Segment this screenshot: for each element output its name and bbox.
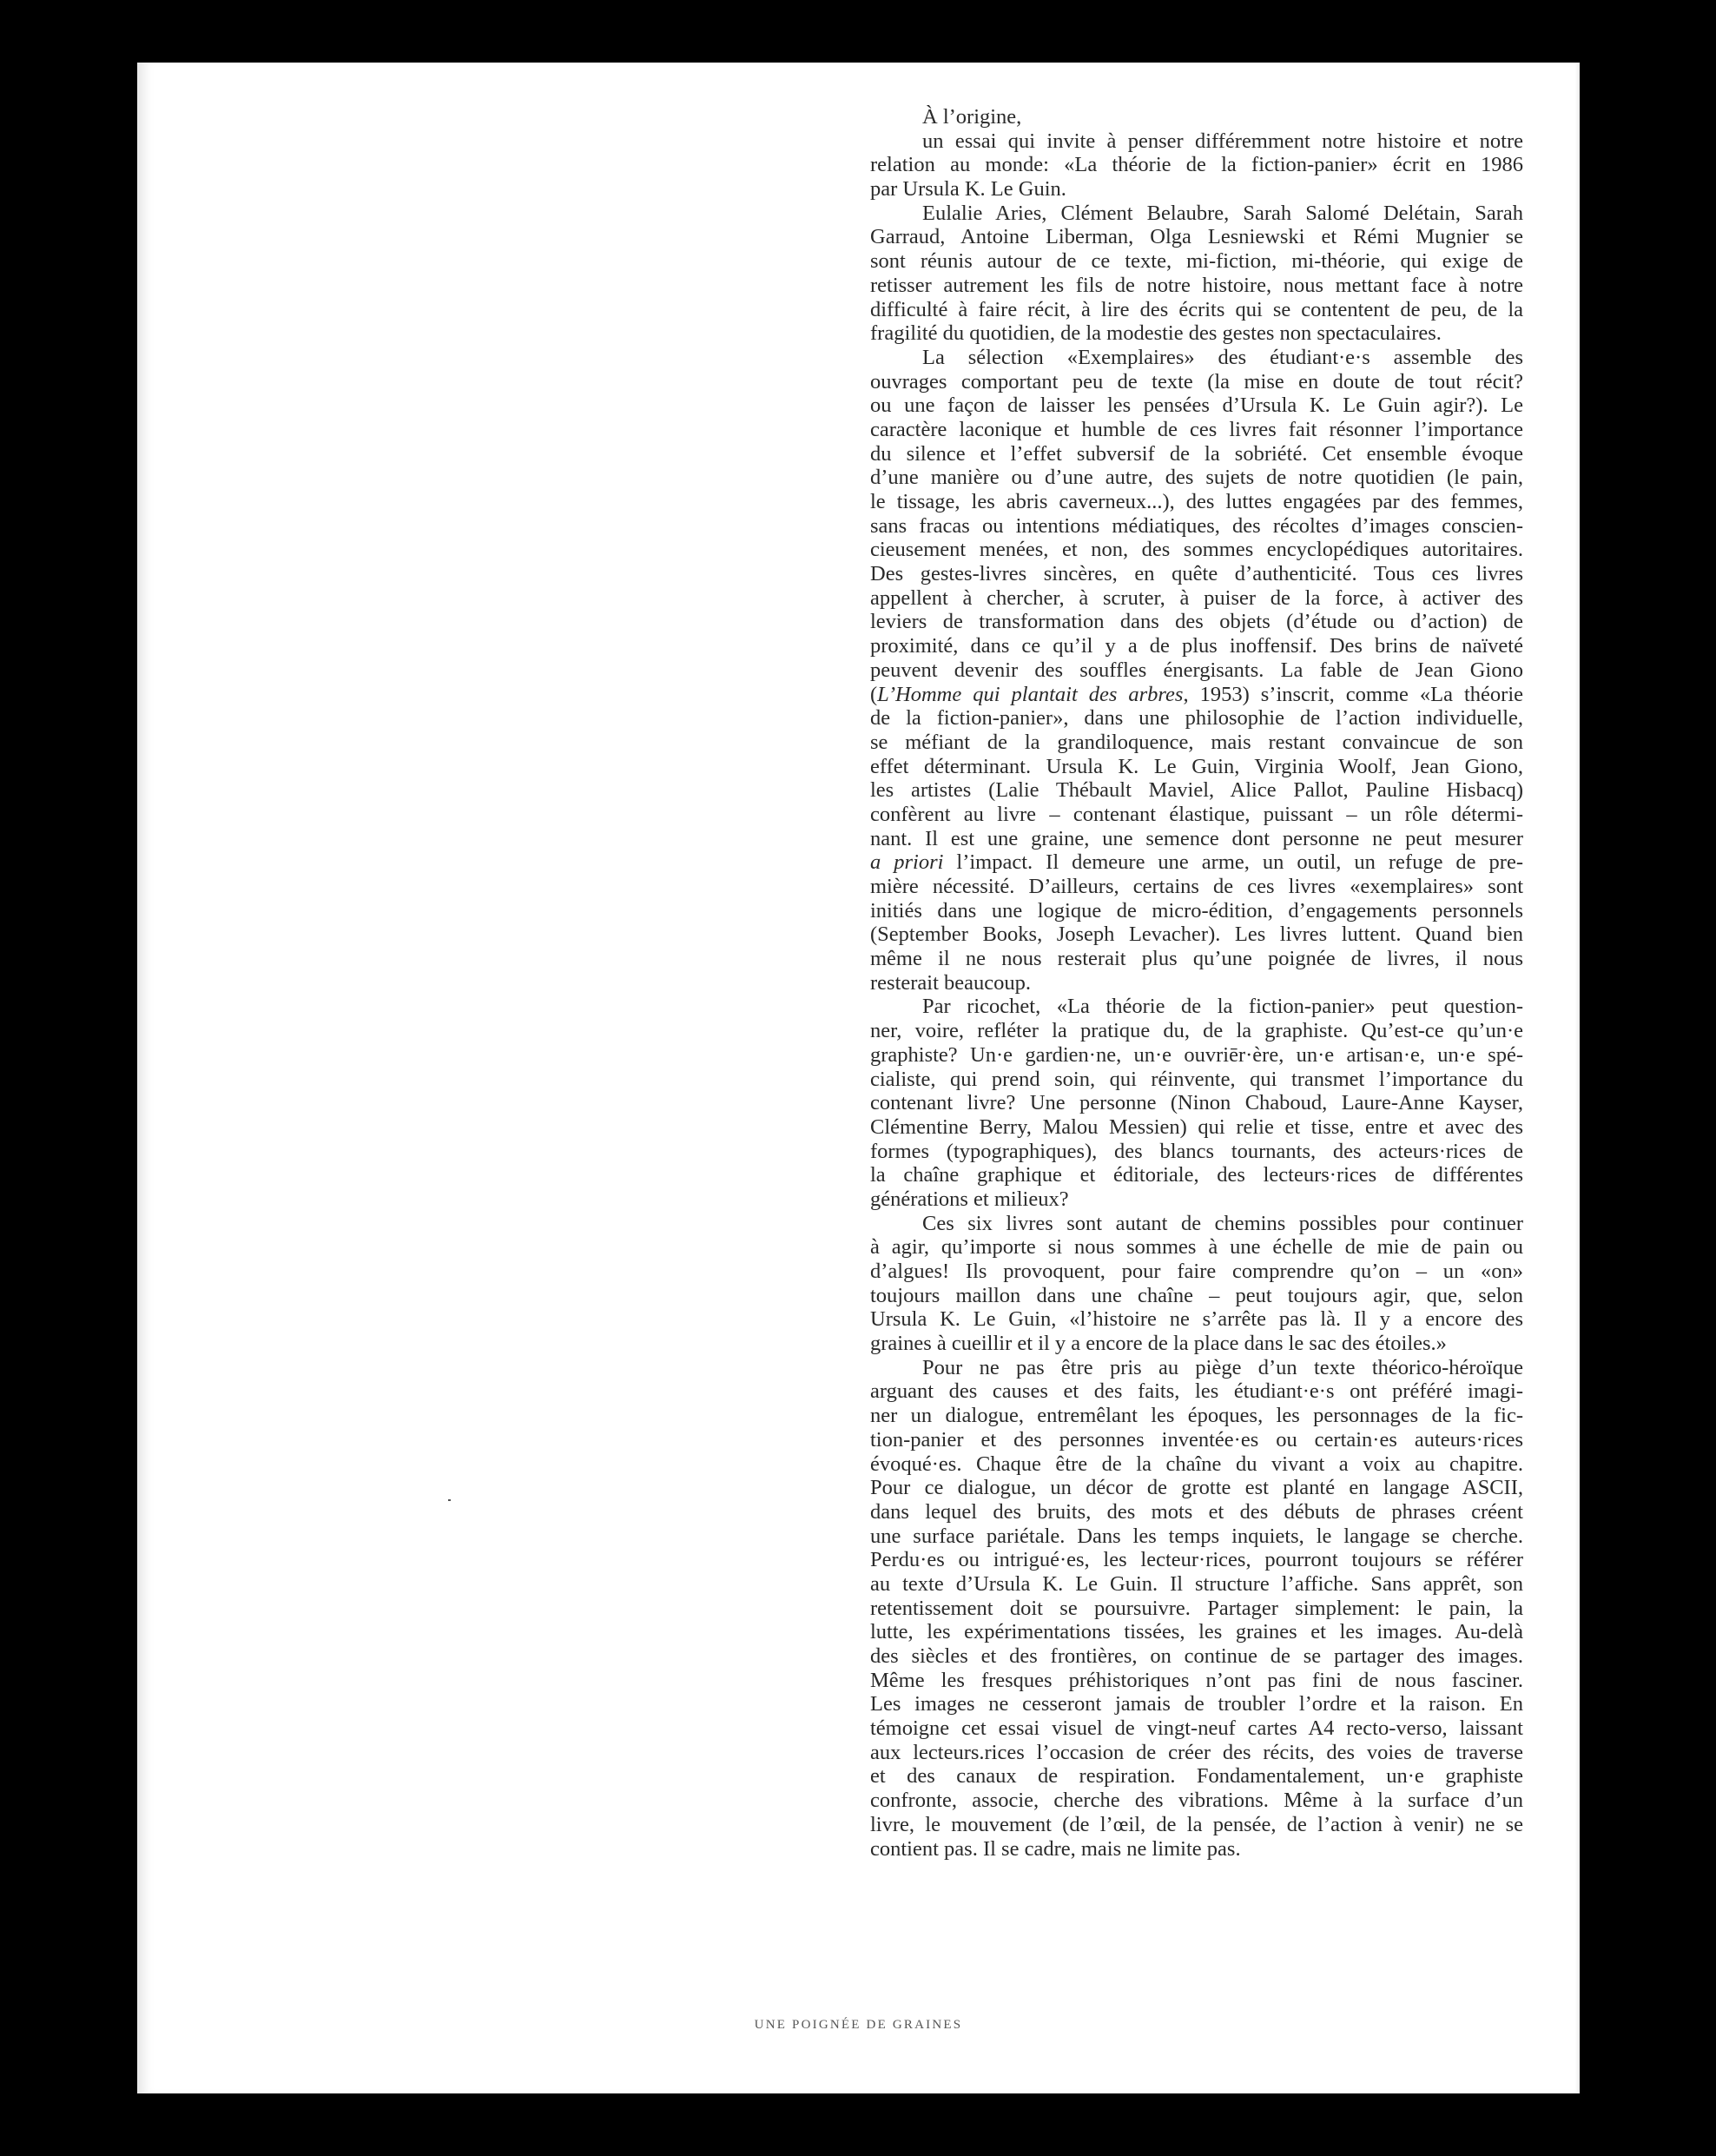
text-segment: Perdu·es ou intrigué·es, les lecteur·ric… (870, 1548, 1523, 1571)
text-segment: retentissement doit se poursuivre. Parta… (870, 1597, 1523, 1620)
text-line: confèrent au livre – contenant élastique… (870, 803, 1523, 827)
text-line: des siècles et des frontières, on contin… (870, 1644, 1523, 1669)
text-line: sans fracas ou intentions médiatiques, d… (870, 514, 1523, 539)
text-segment: caractère laconique et humble de ces liv… (870, 418, 1523, 441)
text-segment: au texte d’Ursula K. Le Guin. Il structu… (870, 1572, 1523, 1596)
text-segment: Ces six livres sont autant de chemins po… (922, 1212, 1523, 1235)
text-segment: aux lecteurs.rices l’occasion de créer d… (870, 1741, 1523, 1764)
text-segment: à agir, qu’importe si nous sommes à une … (870, 1235, 1523, 1259)
text-line: relation au monde: «La théorie de la fic… (870, 153, 1523, 177)
text-segment: un essai qui invite à penser différemmen… (922, 129, 1523, 153)
text-segment: peuvent devenir des souffles énergisants… (870, 658, 1523, 682)
text-line: un essai qui invite à penser différemmen… (870, 129, 1523, 154)
text-segment: lutte, les expérimentations tissées, les… (870, 1620, 1523, 1643)
text-segment: graines à cueillir et il y a encore de l… (870, 1332, 1447, 1355)
text-line: graphiste? Un·e gardien·ne, un·e ouvriēr… (870, 1043, 1523, 1068)
text-line: témoigne cet essai visuel de vingt-neuf … (870, 1716, 1523, 1741)
text-segment: d’algues! Ils provoquent, pour faire com… (870, 1260, 1523, 1283)
text-line: Ces six livres sont autant de chemins po… (870, 1212, 1523, 1236)
running-footer-title: UNE POIGNÉE DE GRAINES (137, 2018, 1580, 2033)
text-segment: ner un dialogue, entremêlant les époques… (870, 1404, 1523, 1427)
text-segment: relation au monde: «La théorie de la fic… (870, 153, 1523, 176)
text-segment: le tissage, les abris caverneux...), des… (870, 490, 1523, 513)
text-line: cieusement menées, et non, des sommes en… (870, 538, 1523, 562)
text-segment: du silence et l’effet subversif de la so… (870, 442, 1523, 466)
text-line: même il ne nous resterait plus qu’une po… (870, 947, 1523, 971)
text-segment: Ursula K. Le Guin, «l’histoire ne s’arrê… (870, 1307, 1523, 1331)
text-segment: même il ne nous resterait plus qu’une po… (870, 947, 1523, 970)
text-segment: une surface pariétale. Dans les temps in… (870, 1524, 1523, 1548)
text-line: évoqué·es. Chaque être de la chaîne du v… (870, 1452, 1523, 1477)
text-line: de la fiction-panier», dans une philosop… (870, 706, 1523, 731)
text-segment: nant. Il est une graine, une semence don… (870, 827, 1523, 850)
paragraph: La sélection «Exemplaires» des étudiant·… (870, 346, 1523, 995)
text-line: par Ursula K. Le Guin. (870, 177, 1523, 202)
text-line: confronte, associe, cherche des vibratio… (870, 1789, 1523, 1813)
text-line: a priori l’impact. Il demeure une arme, … (870, 850, 1523, 875)
text-line: arguant des causes et des faits, les étu… (870, 1379, 1523, 1404)
text-segment: cialiste, qui prend soin, qui réinvente,… (870, 1068, 1523, 1091)
text-segment: appellent à chercher, à scruter, à puise… (870, 586, 1523, 610)
text-line: aux lecteurs.rices l’occasion de créer d… (870, 1741, 1523, 1765)
text-segment: Par ricochet, «La théorie de la fiction-… (922, 995, 1523, 1018)
text-line: et des canaux de respiration. Fondamenta… (870, 1764, 1523, 1789)
text-line: peuvent devenir des souffles énergisants… (870, 658, 1523, 683)
text-segment: Des gestes-livres sincères, en quête d’a… (870, 562, 1523, 585)
text-segment: Pour ne pas être pris au piège d’un text… (922, 1356, 1523, 1379)
text-line: contenant livre? Une personne (Ninon Cha… (870, 1091, 1523, 1115)
text-line: Perdu·es ou intrigué·es, les lecteur·ric… (870, 1548, 1523, 1572)
text-line: nant. Il est une graine, une semence don… (870, 827, 1523, 851)
text-line: Ursula K. Le Guin, «l’histoire ne s’arrê… (870, 1307, 1523, 1332)
text-segment: l’impact. Il demeure une arme, un outil,… (943, 850, 1523, 874)
text-line: fragilité du quotidien, de la modestie d… (870, 321, 1523, 346)
text-segment: ( (870, 683, 877, 706)
text-segment: Garraud, Antoine Liberman, Olga Lesniews… (870, 225, 1523, 248)
text-segment: À l’origine, (922, 105, 1021, 129)
text-line: générations et milieux? (870, 1187, 1523, 1212)
paragraph: Eulalie Aries, Clément Belaubre, Sarah S… (870, 202, 1523, 346)
body-text-column: À l’origine,un essai qui invite à penser… (870, 105, 1523, 1861)
text-segment: difficulté à faire récit, à lire des écr… (870, 298, 1523, 321)
text-line: resterait beaucoup. (870, 971, 1523, 995)
paragraph: un essai qui invite à penser différemmen… (870, 129, 1523, 202)
text-line: Par ricochet, «La théorie de la fiction-… (870, 995, 1523, 1019)
text-segment: arguant des causes et des faits, les étu… (870, 1379, 1523, 1403)
text-line: les artistes (Lalie Thébault Maviel, Ali… (870, 778, 1523, 803)
text-line: le tissage, les abris caverneux...), des… (870, 490, 1523, 514)
text-line: toujours maillon dans une chaîne – peut … (870, 1284, 1523, 1308)
text-line: À l’origine, (870, 105, 1523, 129)
text-line: Les images ne cesseront jamais de troubl… (870, 1692, 1523, 1716)
text-segment: formes (typographiques), des blancs tour… (870, 1140, 1523, 1163)
text-segment: générations et milieux? (870, 1187, 1069, 1211)
text-segment: graphiste? Un·e gardien·ne, un·e ouvriēr… (870, 1043, 1523, 1067)
text-segment: effet déterminant. Ursula K. Le Guin, Vi… (870, 755, 1523, 778)
text-line: caractère laconique et humble de ces liv… (870, 418, 1523, 442)
text-line: tion-panier et des personnes inventée·es… (870, 1428, 1523, 1452)
text-segment: mière nécessité. D’ailleurs, certains de… (870, 875, 1523, 898)
text-segment: proximité, dans ce qu’il y a de plus ino… (870, 634, 1523, 658)
text-line: dans lequel des bruits, des mots et des … (870, 1500, 1523, 1524)
text-segment: d’une manière ou d’une autre, des sujets… (870, 466, 1523, 489)
text-line: Même les fresques préhistoriques n’ont p… (870, 1669, 1523, 1693)
text-line: (September Books, Joseph Levacher). Les … (870, 923, 1523, 947)
text-segment: sont réunis autour de ce texte, mi-ficti… (870, 249, 1523, 273)
text-segment: ner, voire, refléter la pratique du, de … (870, 1019, 1523, 1042)
text-line: ner, voire, refléter la pratique du, de … (870, 1019, 1523, 1043)
text-segment: confronte, associe, cherche des vibratio… (870, 1789, 1523, 1812)
text-line: se méfiant de la grandiloquence, mais re… (870, 731, 1523, 755)
text-line: proximité, dans ce qu’il y a de plus ino… (870, 634, 1523, 658)
text-segment: tion-panier et des personnes inventée·es… (870, 1428, 1523, 1452)
text-line: Clémentine Berry, Malou Messien) qui rel… (870, 1115, 1523, 1140)
text-segment: resterait beaucoup. (870, 971, 1031, 995)
print-speck (448, 1499, 451, 1501)
text-segment: Clémentine Berry, Malou Messien) qui rel… (870, 1115, 1523, 1139)
text-line: Eulalie Aries, Clément Belaubre, Sarah S… (870, 202, 1523, 226)
paragraph: À l’origine, (870, 105, 1523, 129)
text-segment: les artistes (Lalie Thébault Maviel, Ali… (870, 778, 1523, 802)
text-segment: se méfiant de la grandiloquence, mais re… (870, 731, 1523, 754)
text-line: la chaîne graphique et éditoriale, des l… (870, 1163, 1523, 1187)
paragraph: Par ricochet, «La théorie de la fiction-… (870, 995, 1523, 1211)
text-line: effet déterminant. Ursula K. Le Guin, Vi… (870, 755, 1523, 779)
text-line: initiés dans une logique de micro-éditio… (870, 899, 1523, 923)
text-line: Des gestes-livres sincères, en quête d’a… (870, 562, 1523, 586)
text-line: formes (typographiques), des blancs tour… (870, 1140, 1523, 1164)
paragraph: Ces six livres sont autant de chemins po… (870, 1212, 1523, 1356)
text-segment: contenant livre? Une personne (Ninon Cha… (870, 1091, 1523, 1114)
text-line: sont réunis autour de ce texte, mi-ficti… (870, 249, 1523, 274)
text-segment: Eulalie Aries, Clément Belaubre, Sarah S… (922, 202, 1523, 225)
text-segment: contient pas. Il se cadre, mais ne limit… (870, 1837, 1241, 1861)
text-line: lutte, les expérimentations tissées, les… (870, 1620, 1523, 1644)
text-line: au texte d’Ursula K. Le Guin. Il structu… (870, 1572, 1523, 1597)
text-line: difficulté à faire récit, à lire des écr… (870, 298, 1523, 322)
text-line: leviers de transformation dans des objet… (870, 610, 1523, 634)
text-segment: toujours maillon dans une chaîne – peut … (870, 1284, 1523, 1307)
text-segment: ouvrages comportant peu de texte (la mis… (870, 370, 1523, 394)
text-segment: (September Books, Joseph Levacher). Les … (870, 923, 1523, 946)
book-page: À l’origine,un essai qui invite à penser… (137, 63, 1580, 2093)
text-segment: Même les fresques préhistoriques n’ont p… (870, 1669, 1523, 1692)
text-segment: La sélection «Exemplaires» des étudiant·… (922, 346, 1523, 369)
text-line: retentissement doit se poursuivre. Parta… (870, 1597, 1523, 1621)
text-segment: confèrent au livre – contenant élastique… (870, 803, 1523, 826)
text-line: une surface pariétale. Dans les temps in… (870, 1524, 1523, 1549)
text-segment: et des canaux de respiration. Fondamenta… (870, 1764, 1523, 1788)
italic-text: L’Homme qui plantait des arbres (877, 683, 1183, 706)
text-segment: Pour ce dialogue, un décor de grotte est… (870, 1476, 1523, 1499)
text-line: ouvrages comportant peu de texte (la mis… (870, 370, 1523, 394)
text-line: d’une manière ou d’une autre, des sujets… (870, 466, 1523, 490)
text-line: graines à cueillir et il y a encore de l… (870, 1332, 1523, 1356)
text-segment: retisser autrement les fils de notre his… (870, 274, 1523, 297)
text-line: (L’Homme qui plantait des arbres, 1953) … (870, 683, 1523, 707)
text-line: du silence et l’effet subversif de la so… (870, 442, 1523, 466)
text-line: La sélection «Exemplaires» des étudiant·… (870, 346, 1523, 370)
text-line: contient pas. Il se cadre, mais ne limit… (870, 1837, 1523, 1862)
text-segment: de la fiction-panier», dans une philosop… (870, 706, 1523, 730)
text-line: Pour ce dialogue, un décor de grotte est… (870, 1476, 1523, 1500)
text-segment: ou une façon de laisser les pensées d’Ur… (870, 394, 1523, 417)
paragraph: Pour ne pas être pris au piège d’un text… (870, 1356, 1523, 1861)
text-segment: leviers de transformation dans des objet… (870, 610, 1523, 633)
text-segment: cieusement menées, et non, des sommes en… (870, 538, 1523, 561)
text-segment: témoigne cet essai visuel de vingt-neuf … (870, 1716, 1523, 1740)
text-line: d’algues! Ils provoquent, pour faire com… (870, 1260, 1523, 1284)
text-line: mière nécessité. D’ailleurs, certains de… (870, 875, 1523, 899)
text-segment: livre, le mouvement (de l’œil, de la pen… (870, 1813, 1523, 1836)
text-line: appellent à chercher, à scruter, à puise… (870, 586, 1523, 611)
text-line: ou une façon de laisser les pensées d’Ur… (870, 394, 1523, 418)
text-line: Pour ne pas être pris au piège d’un text… (870, 1356, 1523, 1380)
text-line: cialiste, qui prend soin, qui réinvente,… (870, 1068, 1523, 1092)
text-line: Garraud, Antoine Liberman, Olga Lesniews… (870, 225, 1523, 249)
text-segment: par Ursula K. Le Guin. (870, 177, 1066, 201)
italic-text: a priori (870, 850, 943, 874)
text-line: ner un dialogue, entremêlant les époques… (870, 1404, 1523, 1428)
text-line: livre, le mouvement (de l’œil, de la pen… (870, 1813, 1523, 1837)
text-segment: initiés dans une logique de micro-éditio… (870, 899, 1523, 923)
text-segment: Les images ne cesseront jamais de troubl… (870, 1692, 1523, 1716)
text-segment: fragilité du quotidien, de la modestie d… (870, 321, 1442, 345)
text-segment: , 1953) s’inscrit, comme «La théorie (1183, 683, 1523, 706)
text-segment: sans fracas ou intentions médiatiques, d… (870, 514, 1523, 538)
text-line: retisser autrement les fils de notre his… (870, 274, 1523, 298)
text-segment: des siècles et des frontières, on contin… (870, 1644, 1523, 1668)
text-segment: dans lequel des bruits, des mots et des … (870, 1500, 1523, 1524)
text-segment: la chaîne graphique et éditoriale, des l… (870, 1163, 1523, 1187)
text-segment: évoqué·es. Chaque être de la chaîne du v… (870, 1452, 1523, 1476)
text-line: à agir, qu’importe si nous sommes à une … (870, 1235, 1523, 1260)
